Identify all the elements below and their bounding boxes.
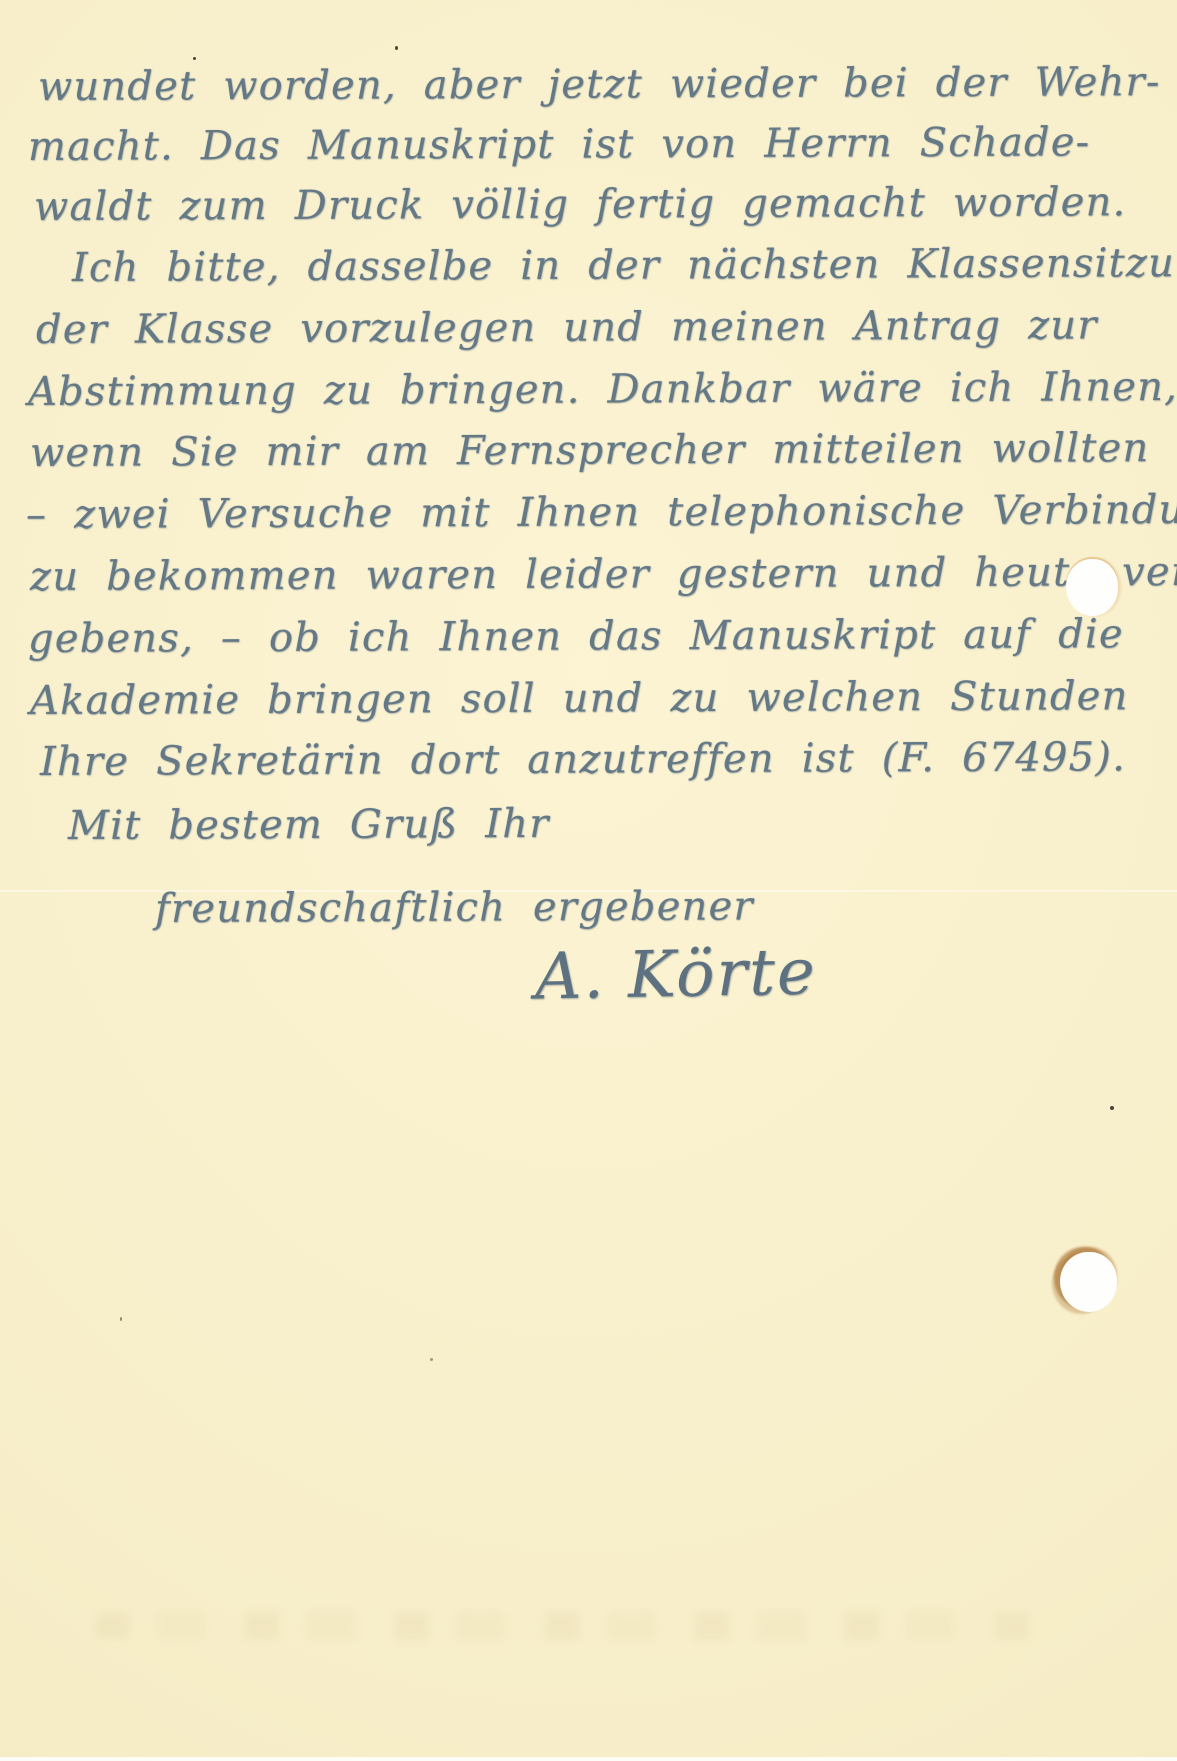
letter-line: der Klasse vorzulegen und meinen Antrag … [36,302,1098,353]
scan-edge [0,1757,1177,1761]
letter-line: Ich bitte, dasselbe in der nächsten Klas… [72,240,1177,291]
letter-line: – zwei Versuche mit Ihnen telephonische … [26,487,1177,538]
paper-speck [193,57,196,60]
letter-line: Akademie bringen soll und zu welchen Stu… [30,673,1129,724]
ink-showthrough [95,1612,1055,1640]
letter-closing-line: Mit bestem Gruß Ihr [68,801,550,849]
punch-hole [1066,559,1118,616]
paper-speck [120,1317,122,1321]
letter-line: waldt zum Druck völlig fertig gemacht wo… [34,179,1127,230]
letter-line: macht. Das Manuskript ist von Herrn Scha… [28,119,1091,170]
paper-speck [430,1358,433,1361]
letter-line: Ihre Sekretärin dort anzutreffen ist (F.… [40,734,1126,785]
letter-line: zu bekommen waren leider gestern und heu… [30,549,1177,600]
letter-line: Abstimmung zu bringen. Dankbar wäre ich … [28,364,1177,415]
letter-page: wundet worden, aber jetzt wieder bei der… [0,0,1177,1761]
letter-line: wenn Sie mir am Fernsprecher mitteilen w… [30,425,1150,476]
paper-speck [395,46,398,50]
letter-closing-line: freundschaftlich ergebener [155,883,754,932]
signature: A. Körte [534,936,817,1015]
letter-line: wundet worden, aber jetzt wieder bei der… [38,59,1161,110]
punch-hole [1060,1252,1117,1312]
letter-line: gebens, – ob ich Ihnen das Manuskript au… [28,611,1124,662]
paper-speck [1110,1106,1114,1110]
